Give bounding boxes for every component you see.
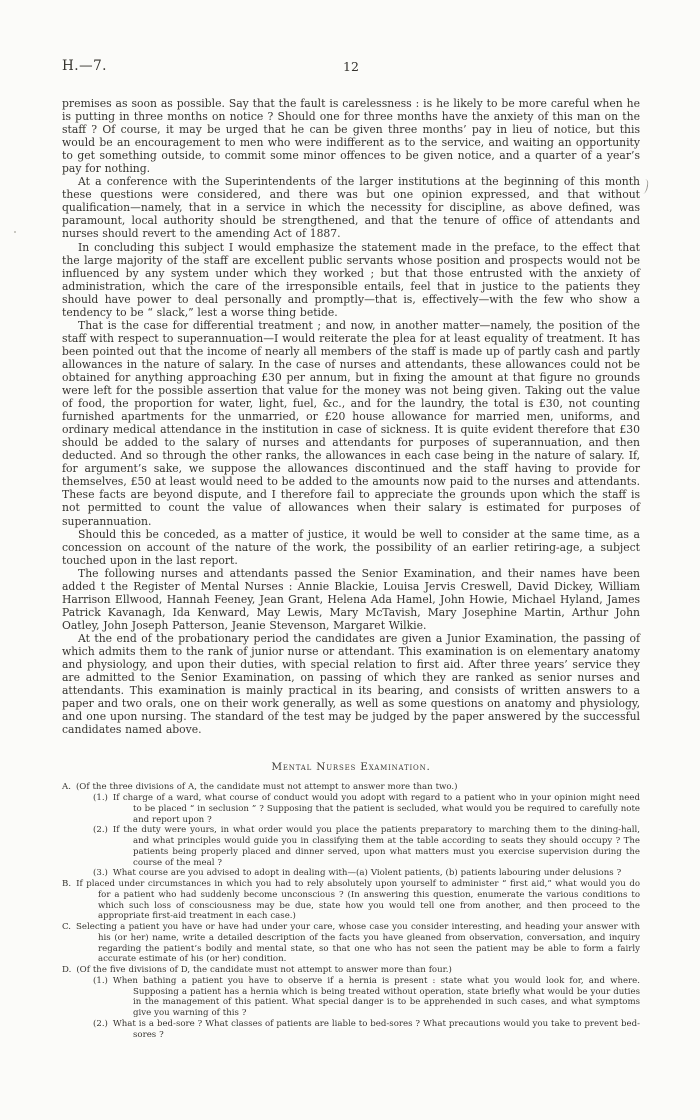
exam-item-a: A.(Of the three divisions of A, the cand… [62, 782, 640, 879]
page-number: 12 [62, 59, 640, 74]
exam-item-d: D.(Of the five divisions of D, the candi… [62, 965, 640, 1040]
paragraph: At a conference with the Superintendents… [62, 175, 640, 240]
paragraph: That is the case for differential treatm… [62, 319, 640, 528]
text-block: H.—7. 12 premises as soon as possible. S… [62, 58, 640, 1040]
paragraph: Should this be conceded, as a matter of … [62, 528, 640, 567]
exam-item-intro: D.(Of the five divisions of D, the candi… [62, 965, 640, 976]
exam-sub-text: If charge of a ward, what course of cond… [113, 793, 640, 825]
exam-item-question: B.If placed under circumstances in which… [62, 879, 640, 922]
exam-sub-question: (3.)What course are you advised to adopt… [62, 868, 640, 879]
exam-item-b: B.If placed under circumstances in which… [62, 879, 640, 922]
exam-sub-label: (2.) [93, 1019, 108, 1029]
exam-sub-text: What is a bed-sore ? What classes of pat… [113, 1019, 640, 1040]
exam-sub-text: What course are you advised to adopt in … [113, 868, 621, 878]
exam-section: A.(Of the three divisions of A, the cand… [62, 782, 640, 1040]
exam-sub-question: (2.)If the duty were yours, in what orde… [62, 825, 640, 868]
exam-sub-label: (1.) [93, 793, 108, 803]
exam-sub-label: (1.) [93, 976, 108, 986]
exam-item-label: D. [62, 965, 71, 975]
ink-mark-artifact [640, 179, 649, 195]
exam-item-label: C. [62, 922, 71, 932]
exam-item-label: B. [62, 879, 71, 889]
exam-item-question: C.Selecting a patient you have or have h… [62, 922, 640, 965]
exam-sub-question: (1.)If charge of a ward, what course of … [62, 793, 640, 825]
exam-sub-question: (1.)When bathing a patient you have to o… [62, 976, 640, 1019]
exam-item-text: (Of the five divisions of D, the candida… [76, 965, 452, 975]
exam-sub-label: (2.) [93, 825, 108, 835]
exam-sub-text: When bathing a patient you have to obser… [113, 976, 640, 1018]
report-body: premises as soon as possible. Say that t… [62, 97, 640, 736]
paragraph-continuation: premises as soon as possible. Say that t… [62, 97, 640, 175]
document-page: H.—7. 12 premises as soon as possible. S… [0, 0, 700, 1120]
exam-item-label: A. [62, 782, 71, 792]
exam-item-text: If placed under circumstances in which y… [76, 879, 640, 921]
exam-section-heading: Mental Nurses Examination. [62, 761, 640, 773]
exam-sub-label: (3.) [93, 868, 108, 878]
paragraph: At the end of the probationary period th… [62, 632, 640, 736]
scan-speck [14, 231, 16, 233]
exam-item-text: (Of the three divisions of A, the candid… [76, 782, 458, 792]
paragraph-register-names: The following nurses and attendants pass… [62, 567, 640, 632]
paragraph: In concluding this subject I would empha… [62, 241, 640, 319]
exam-item-text: Selecting a patient you have or have had… [76, 922, 640, 964]
exam-sub-question: (2.)What is a bed-sore ? What classes of… [62, 1019, 640, 1041]
page-header: H.—7. 12 [62, 58, 640, 76]
exam-sub-text: If the duty were yours, in what order wo… [113, 825, 640, 867]
exam-item-intro: A.(Of the three divisions of A, the cand… [62, 782, 640, 793]
exam-item-c: C.Selecting a patient you have or have h… [62, 922, 640, 965]
